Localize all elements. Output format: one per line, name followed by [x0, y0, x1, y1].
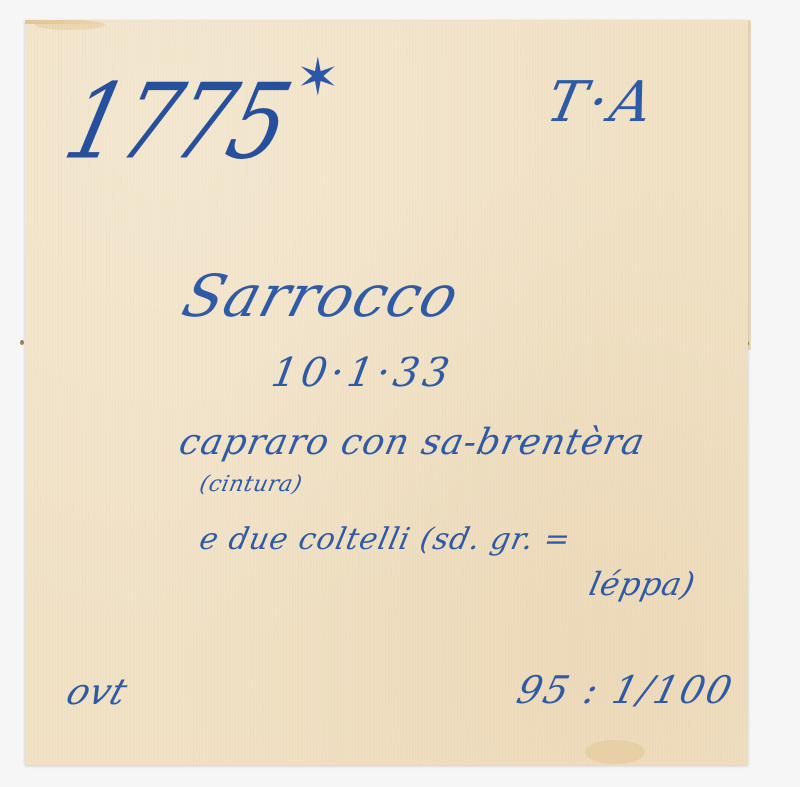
- accession-number: 1775: [56, 70, 298, 174]
- paper-stain: [35, 20, 105, 30]
- description-line-3: e due coltelli (sd. gr. =: [196, 522, 574, 557]
- description-line-4: léppa): [586, 565, 699, 603]
- description-line-2: (cintura): [197, 472, 304, 497]
- star-icon: ✶: [296, 48, 340, 108]
- paper-fold-edge: [748, 20, 751, 350]
- description-line-1: capraro con sa-brentèra: [176, 422, 649, 463]
- paper-pin-mark: [20, 340, 24, 345]
- initials: T·A: [541, 70, 662, 135]
- date: 10·1·33: [268, 350, 457, 396]
- place-name: Sarrocco: [175, 262, 467, 330]
- paper-stain: [585, 740, 645, 764]
- footer-right-number: 95 : 1/100: [513, 668, 739, 712]
